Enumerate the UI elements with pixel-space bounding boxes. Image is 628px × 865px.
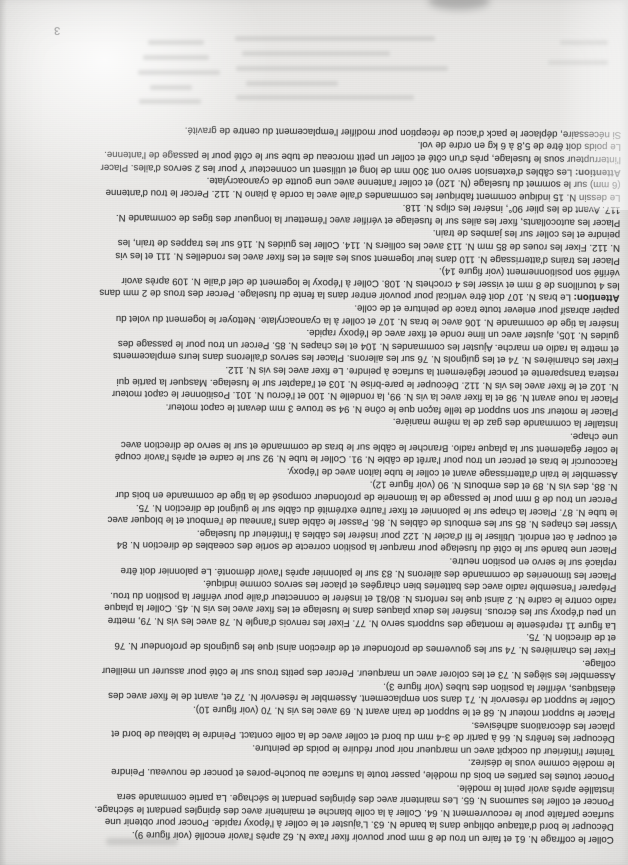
- shadow-smudge: [106, 838, 178, 845]
- bleed-through-artifact: [236, 66, 448, 71]
- scan-light-artifact: [558, 0, 628, 210]
- bleed-through-artifact: [143, 55, 209, 60]
- bleed-through-artifact: [150, 85, 192, 90]
- bleed-through-artifact: [148, 40, 204, 45]
- scan-light-artifact: [0, 0, 270, 190]
- bleed-through-artifact: [548, 60, 608, 65]
- bleed-through-artifact: [138, 70, 220, 75]
- bleed-through-artifact: [242, 51, 390, 56]
- bleed-through-artifact: [235, 36, 435, 41]
- body-text: Coller le coffrage N. 61 et faire un tro…: [5, 121, 621, 845]
- scan-edge-shadow: [0, 0, 7, 865]
- scanned-document-page: Coller le coffrage N. 61 et faire un tro…: [0, 0, 628, 865]
- bleed-through-artifact: [236, 95, 414, 100]
- bold-text: Attention:: [574, 292, 620, 303]
- bleed-through-artifact: [560, 40, 608, 45]
- bleed-through-artifact: [139, 99, 201, 104]
- bleed-through-artifact: [246, 81, 338, 86]
